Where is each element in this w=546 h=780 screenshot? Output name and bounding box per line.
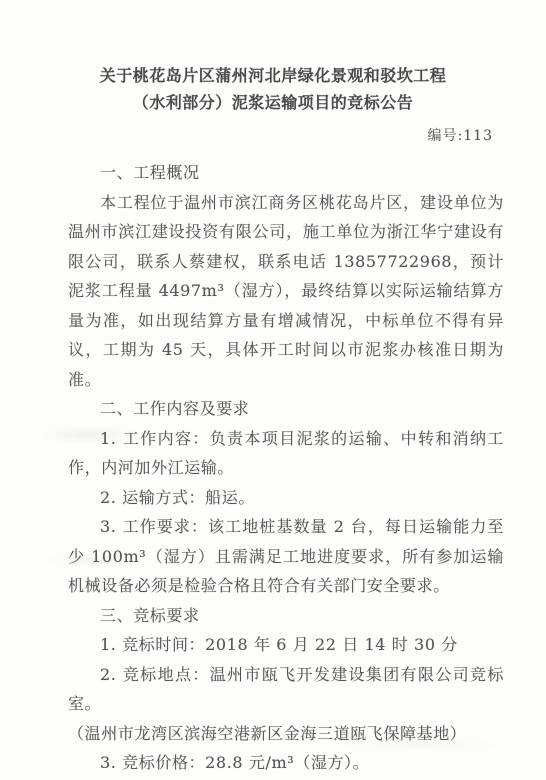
paragraph: 本工程位于温州市滨江商务区桃花岛片区，建设单位为温州市滨江建设投资有限公司，施工… — [68, 188, 504, 395]
paragraph: 3. 竞标价格：28.8 元/m³（湿方）。 — [68, 748, 504, 778]
paragraph-annotation: （温州市龙湾区滨海空港新区金海三道瓯飞保障基地） — [68, 719, 504, 749]
paragraph: 1. 竞标时间：2018 年 6 月 22 日 14 时 30 分 — [68, 630, 504, 660]
paragraph: 2. 竞标地点：温州市瓯飞开发建设集团有限公司竞标室。 — [68, 660, 504, 719]
doc-number: 编号:113 — [428, 125, 493, 145]
section-heading-2: 二、工作内容及要求 — [68, 394, 504, 424]
doc-title-line-2: （水利部分）泥浆运输项目的竞标公告 — [30, 89, 516, 116]
doc-title-line-1: 关于桃花岛片区蒲州河北岸绿化景观和驳坎工程 — [30, 62, 516, 89]
paragraph: 3. 工作要求：该工地桩基数量 2 台，每日运输能力至少 100m³（湿方）且需… — [68, 512, 504, 601]
paragraph: 2. 运输方式：船运。 — [68, 483, 504, 513]
paragraph: 1. 工作内容：负责本项目泥浆的运输、中转和消纳工作，内河加外江运输。 — [68, 424, 504, 483]
doc-title: 关于桃花岛片区蒲州河北岸绿化景观和驳坎工程 （水利部分）泥浆运输项目的竞标公告 — [30, 62, 516, 116]
doc-body: 一、工程概况 本工程位于温州市滨江商务区桃花岛片区，建设单位为温州市滨江建设投资… — [68, 158, 504, 778]
section-heading-1: 一、工程概况 — [68, 158, 504, 188]
section-heading-3: 三、竞标要求 — [68, 601, 504, 631]
document-page: 关于桃花岛片区蒲州河北岸绿化景观和驳坎工程 （水利部分）泥浆运输项目的竞标公告 … — [0, 0, 546, 780]
